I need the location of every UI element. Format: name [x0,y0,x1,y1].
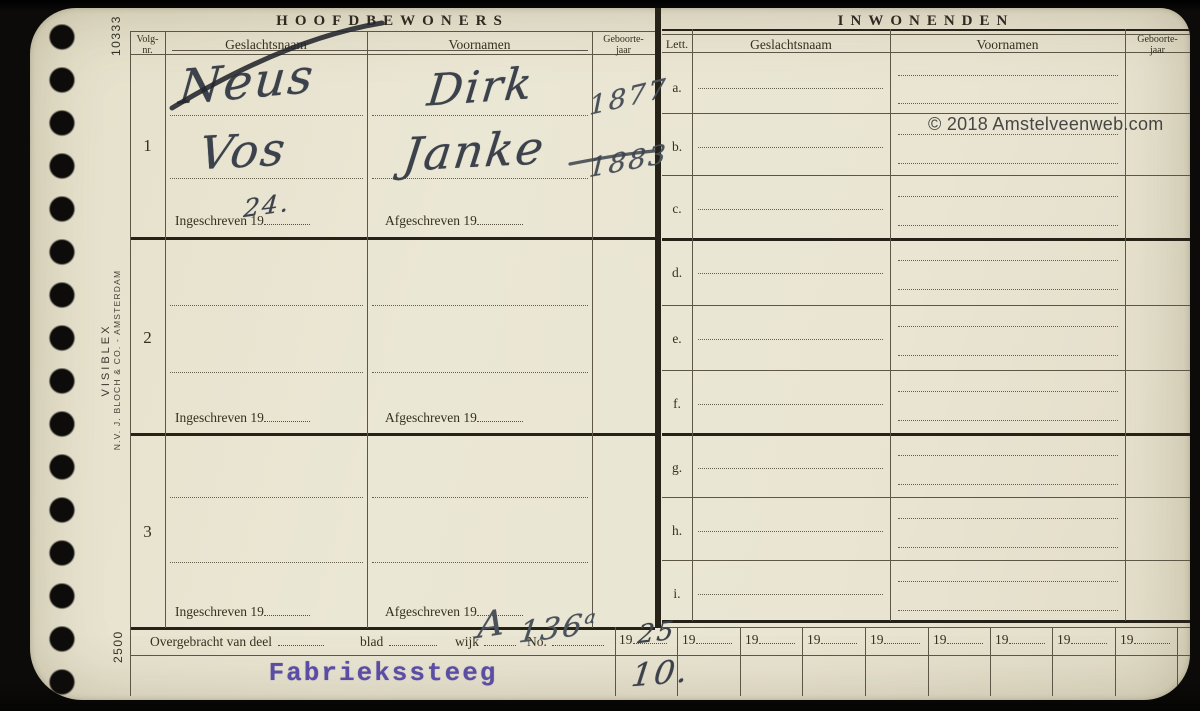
dotted-writing-line [698,404,883,405]
year-cell: 19 [745,632,795,648]
col-header-geboortejaar-right-line2: jaar [1150,45,1165,56]
dotted-writing-line [698,88,883,89]
grid-line [1177,627,1178,696]
col-header-geboortejaar-left: Geboorte- jaar [592,34,655,56]
handwritten-firstname-2: Janke [400,120,548,181]
handwritten-no-suffix: a [583,606,599,628]
col-header-geslachtsnaam-left: Geslachtsnaam [165,37,367,53]
col-header-geboortejaar-right-line1: Geboorte- [1137,34,1178,45]
dotted-writing-line [898,196,1118,197]
dotted-writing-line [372,372,588,373]
form-number-bottom: 2500 [111,630,125,663]
dotted-writing-line [898,289,1118,290]
dotted-writing-line [898,547,1118,548]
year-cell: 19 [995,632,1045,648]
dotted-writing-line [170,562,363,563]
year-prefix: 19 [745,632,759,647]
dotted-writing-line [898,484,1118,485]
dotted-writing-line [898,518,1118,519]
year-prefix: 19 [933,632,947,647]
dotted-writing-line [898,610,1118,611]
printer-imprint: VISIBLEX N.V. J. BLOCH & CO. - AMSTERDAM [100,260,122,460]
col-header-volgnr-line2: nr. [142,45,152,56]
dotted-leader [821,632,857,644]
grid-line [662,627,1190,628]
dotted-writing-line [372,562,588,563]
grid-line [662,305,1190,306]
dotted-writing-line [898,225,1118,226]
grid-line [1052,627,1053,696]
dotted-leader [1134,632,1170,644]
col-header-volgnr-line1: Volg- [136,34,158,45]
registration-card: 10333 VISIBLEX N.V. J. BLOCH & CO. - AMS… [30,8,1190,700]
year-prefix: 19 [870,632,884,647]
dotted-writing-line [372,305,588,306]
afgeschreven-text: Afgeschreven 19 [385,213,477,228]
ingeschreven-label-row2: Ingeschreven 19 [175,410,310,426]
handwritten-house-number: 10. [629,652,691,695]
grid-line [662,175,1190,176]
dotted-writing-line [698,147,883,148]
dotted-leader [477,213,523,225]
grid-line [662,34,1190,35]
afgeschreven-text: Afgeschreven 19 [385,410,477,425]
dotted-leader [947,632,983,644]
handwritten-year-value: 25 [636,616,676,650]
letter-row-d: d. [662,265,692,281]
dotted-writing-line [698,468,883,469]
grid-line [802,627,803,696]
ingeschreven-label-row3: Ingeschreven 19 [175,604,310,620]
dotted-leader [1071,632,1107,644]
grid-line-heavy [662,620,1190,623]
transfer-blad-text: blad [360,634,383,649]
dotted-writing-line [898,75,1118,76]
year-cell: 19 [682,632,732,648]
year-prefix: 19 [619,632,633,647]
dotted-writing-line [170,497,363,498]
col-header-geboortejaar-right: Geboorte- jaar [1125,34,1190,56]
grid-line [615,627,616,696]
year-prefix: 19 [995,632,1009,647]
dotted-writing-line [898,326,1118,327]
dotted-writing-line [898,391,1118,392]
grid-line [890,29,891,621]
year-cell: 19 [933,632,983,648]
dotted-leader [759,632,795,644]
dotted-leader [264,410,310,422]
letter-row-i: i. [662,586,692,602]
street-name-stamp: Fabriekssteeg [268,658,498,688]
grid-line [928,627,929,696]
letter-row-c: c. [662,201,692,217]
dotted-leader [264,604,310,616]
grid-line-heavy [662,433,1190,436]
dotted-leader [884,632,920,644]
dotted-writing-line [698,209,883,210]
col-header-volgnr: Volg- nr. [130,34,165,56]
dotted-writing-line [372,115,588,116]
dotted-writing-line [170,305,363,306]
dotted-writing-line [698,273,883,274]
year-prefix: 19 [1057,632,1071,647]
year-cell: 19 [1120,632,1170,648]
dotted-leader [389,634,437,646]
letter-row-g: g. [662,460,692,476]
dotted-writing-line [698,531,883,532]
grid-line [662,29,1190,31]
dotted-writing-line [898,581,1118,582]
col-header-geboortejaar-line2: jaar [616,45,631,56]
dotted-writing-line [898,163,1118,164]
printer-company: N.V. J. BLOCH & CO. - AMSTERDAM [113,260,123,460]
dotted-writing-line [898,260,1118,261]
col-header-geboortejaar-line1: Geboorte- [603,34,644,45]
row-number-1: 1 [130,136,165,156]
year-prefix: 19 [682,632,696,647]
afgeschreven-label-row1: Afgeschreven 19 [385,213,523,229]
grid-line [865,627,866,696]
dotted-writing-line [170,372,363,373]
printer-name: VISIBLEX [100,260,113,460]
year-prefix: 19 [1120,632,1134,647]
col-header-voornamen-left: Voornamen [367,37,592,53]
dotted-writing-line [898,420,1118,421]
dotted-writing-line [898,103,1118,104]
dotted-writing-line [372,497,588,498]
year-cell: 19 [870,632,920,648]
afgeschreven-label-row2: Afgeschreven 19 [385,410,523,426]
punch-holes [48,24,76,696]
title-hoofdbewoners: HOOFDBEWONERS [130,13,655,30]
row-number-2: 2 [130,328,165,348]
dotted-writing-line [170,115,363,116]
grid-line [367,31,368,628]
year-cell: 19 [807,632,857,648]
handwritten-wijk-value: A [477,602,508,647]
grid-line [1115,627,1116,696]
col-header-voornamen-right: Voornamen [890,37,1125,53]
year-cell: 19 [1057,632,1107,648]
year-prefix: 19 [807,632,821,647]
ingeschreven-text: Ingeschreven 19 [175,410,264,425]
handwritten-firstname-1: Dirk [425,58,536,116]
grid-line [130,31,131,696]
grid-line-heavy [662,238,1190,241]
grid-line [130,31,655,32]
dotted-leader [696,632,732,644]
grid-line-heavy [130,237,655,240]
dotted-writing-line [698,594,883,595]
grid-line [165,31,166,628]
letter-row-f: f. [662,396,692,412]
grid-line [662,370,1190,371]
handwritten-surname-2: Vos [196,122,290,180]
handwritten-surname-1: Neus [177,48,317,115]
grid-line [130,54,655,55]
dotted-leader [1009,632,1045,644]
grid-line [990,627,991,696]
grid-line [662,497,1190,498]
dotted-writing-line [698,339,883,340]
title-inwonenden: INWONENDEN [662,13,1190,30]
dotted-leader [477,410,523,422]
row-number-3: 3 [130,522,165,542]
form-number-top: 10333 [109,15,123,56]
transfer-wijk-text: wijk [455,634,479,649]
grid-line [740,627,741,696]
col-header-lett: Lett. [662,37,692,52]
transfer-deel-label: Overgebracht van deel [150,634,324,650]
letter-row-e: e. [662,331,692,347]
ingeschreven-text: Ingeschreven 19 [175,604,264,619]
grid-line [662,560,1190,561]
letter-row-h: h. [662,523,692,539]
transfer-blad-label: blad [360,634,437,650]
dotted-writing-line [898,355,1118,356]
grid-line [692,29,693,621]
grid-line-heavy [130,433,655,436]
afgeschreven-text: Afgeschreven 19 [385,604,477,619]
scan-background: 10333 VISIBLEX N.V. J. BLOCH & CO. - AMS… [0,0,1200,711]
dotted-leader [278,634,324,646]
col-header-geslachtsnaam-right: Geslachtsnaam [692,37,890,53]
transfer-deel-text: Overgebracht van deel [150,634,272,649]
dotted-writing-line [898,455,1118,456]
watermark-copyright: © 2018 Amstelveenweb.com [928,114,1164,135]
